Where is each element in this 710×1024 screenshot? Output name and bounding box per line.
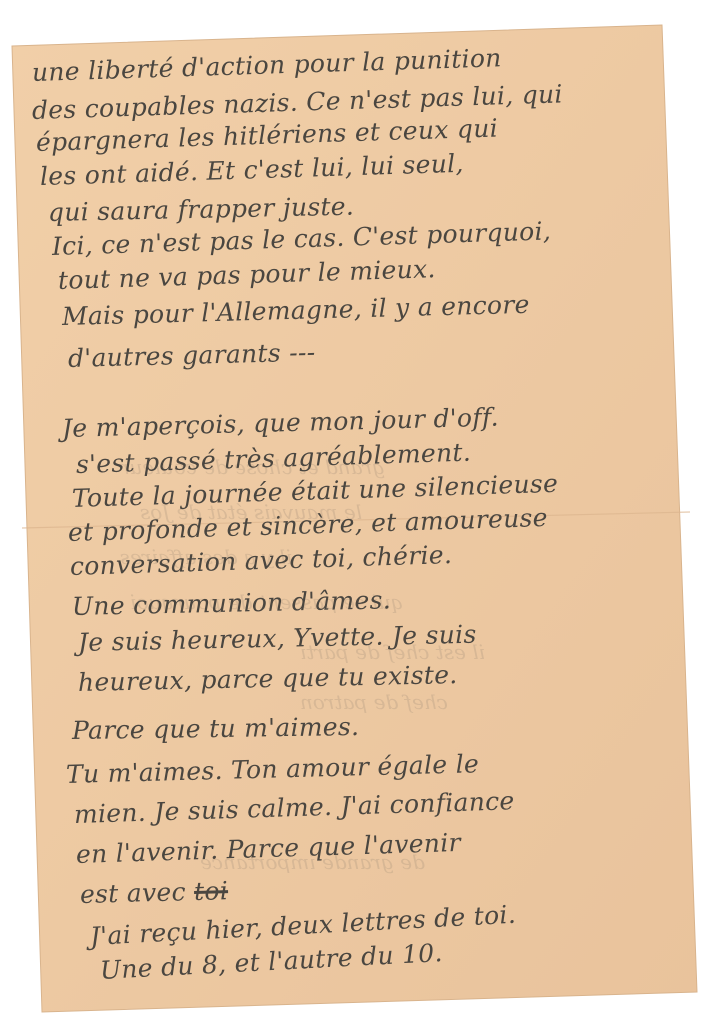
letter-line: est avec toi	[80, 876, 229, 909]
struck-word: toi	[194, 876, 229, 906]
bleed-through-text: chef de patron	[300, 690, 448, 714]
letter-line: Parce que tu m'aimes.	[72, 712, 360, 745]
letter-line-text: est avec	[80, 877, 187, 909]
